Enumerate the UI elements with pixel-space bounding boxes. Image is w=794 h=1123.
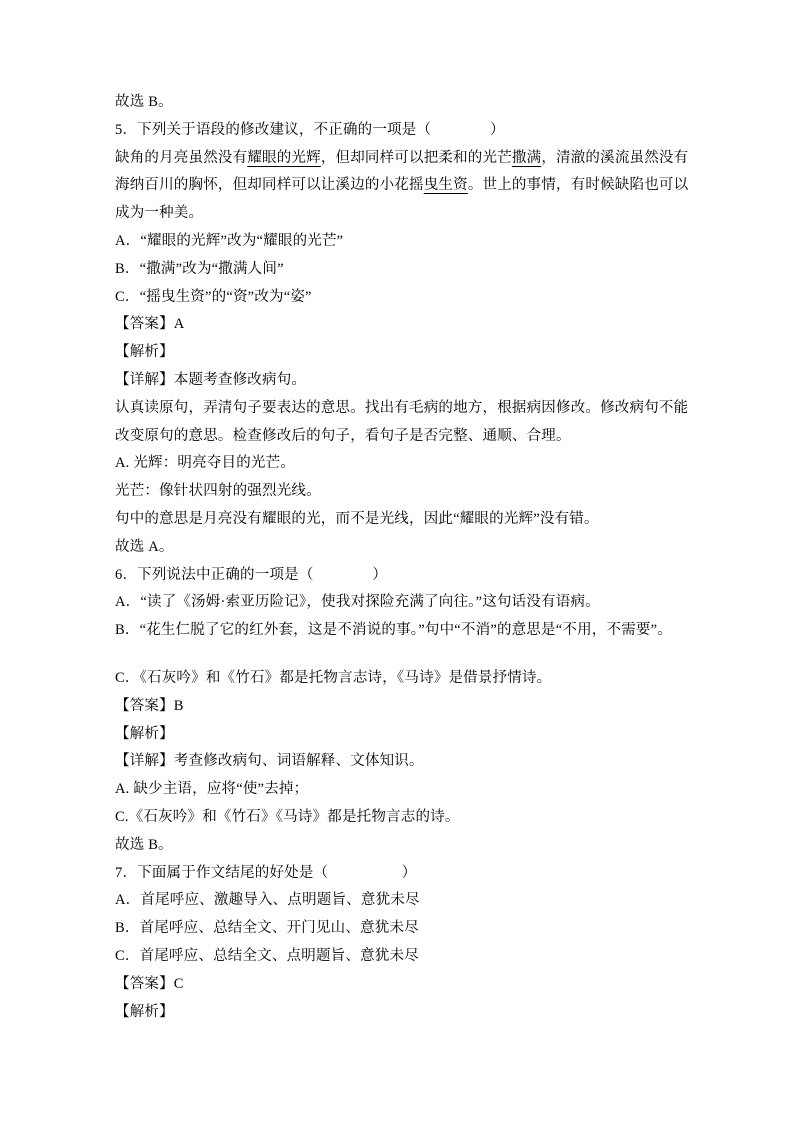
- text-line: A．“读了《汤姆·索亚历险记》，使我对探险充满了向往。”这句话没有语病。: [115, 589, 704, 617]
- text-line: C．《石灰吟》和《竹石》都是托物言志诗，《马诗》是借景抒情诗。: [115, 665, 704, 693]
- text-run: C．首尾呼应、总结全文、点明题旨、意犹未尽: [115, 948, 419, 964]
- text-line: 认真读原句，弄清句子要表达的意思。找出有毛病的地方，根据病因修改。修改病句不能: [115, 395, 704, 423]
- underlined-text: 耀眼的光辉: [247, 150, 321, 166]
- text-line: 7．下面属于作文结尾的好处是（ ）: [115, 860, 704, 888]
- blank-line: [115, 645, 704, 665]
- text-run: A．“读了《汤姆·索亚历险记》，使我对探险充满了向往。”这句话没有语病。: [115, 594, 600, 610]
- text-run: 【详解】本题考查修改病句。: [115, 372, 306, 388]
- text-line: 句中的意思是月亮没有耀眼的光，而不是光线，因此“耀眼的光辉”没有错。: [115, 506, 704, 534]
- text-run: 【解析】: [115, 1004, 174, 1020]
- text-run: ，但却同样可以把柔和的光芒: [321, 150, 512, 166]
- text-line: 5．下列关于语段的修改建议，不正确的一项是（ ）: [115, 117, 704, 145]
- text-run: 【详解】考查修改病句、词语解释、文体知识。: [115, 753, 424, 769]
- text-line: C．“摇曳生资”的“资”改为“姿”: [115, 284, 704, 312]
- text-run: ，清澈的溪流虽然没有: [541, 150, 688, 166]
- text-run: 海纳百川的胸怀，但却同样可以让溪边的小花摇: [115, 177, 424, 193]
- text-line: 缺角的月亮虽然没有耀眼的光辉，但却同样可以把柔和的光芒撒满，清澈的溪流虽然没有: [115, 145, 704, 173]
- text-run: 【解析】: [115, 344, 174, 360]
- text-run: C．《石灰吟》和《竹石》都是托物言志诗，《马诗》是借景抒情诗。: [115, 670, 551, 686]
- text-run: 认真读原句，弄清句子要表达的意思。找出有毛病的地方，根据病因修改。修改病句不能: [115, 400, 688, 416]
- document-page: 故选 B。5．下列关于语段的修改建议，不正确的一项是（ ）缺角的月亮虽然没有耀眼…: [0, 0, 794, 1123]
- text-run: 故选 B。: [115, 837, 173, 853]
- text-run: 【答案】C: [115, 976, 184, 992]
- text-line: A．首尾呼应、激趣导入、点明题旨、意犹未尽: [115, 887, 704, 915]
- text-run: C.《石灰吟》和《竹石》《马诗》都是托物言志的诗。: [115, 809, 460, 825]
- text-line: B．“花生仁脱了它的红外套，这是不消说的事。”句中“不消”的意思是“不用，不需要…: [115, 617, 704, 645]
- text-line: 【详解】本题考查修改病句。: [115, 367, 704, 395]
- text-line: C.《石灰吟》和《竹石》《马诗》都是托物言志的诗。: [115, 804, 704, 832]
- text-line: 光芒：像针状四射的强烈光线。: [115, 478, 704, 506]
- text-run: 6．下列说法中正确的一项是（ ）: [115, 567, 387, 583]
- text-line: 【答案】B: [115, 693, 704, 721]
- text-line: 成为一种美。: [115, 200, 704, 228]
- text-run: 【答案】A: [115, 316, 184, 332]
- text-run: 。世上的事情，有时候缺陷也可以: [468, 177, 689, 193]
- text-run: 成为一种美。: [115, 205, 203, 221]
- text-line: A．“耀眼的光辉”改为“耀眼的光芒”: [115, 228, 704, 256]
- text-line: 故选 B。: [115, 89, 704, 117]
- text-line: 6．下列说法中正确的一项是（ ）: [115, 562, 704, 590]
- text-line: 故选 B。: [115, 832, 704, 860]
- text-line: 【解析】: [115, 721, 704, 749]
- text-run: 光芒：像针状四射的强烈光线。: [115, 483, 321, 499]
- text-line: B．“撒满”改为“撒满人间”: [115, 256, 704, 284]
- text-run: B．“撒满”改为“撒满人间”: [115, 261, 284, 277]
- text-run: 句中的意思是月亮没有耀眼的光，而不是光线，因此“耀眼的光辉”没有错。: [115, 511, 599, 527]
- text-run: A．“耀眼的光辉”改为“耀眼的光芒”: [115, 233, 343, 249]
- text-run: 【解析】: [115, 726, 174, 742]
- text-line: 【解析】: [115, 339, 704, 367]
- underlined-text: 曳生资: [424, 177, 468, 193]
- text-run: 故选 B。: [115, 94, 173, 110]
- text-line: 改变原句的意思。检查修改后的句子，看句子是否完整、通顺、合理。: [115, 423, 704, 451]
- text-run: A. 缺少主语，应将“使”去掉；: [115, 781, 308, 797]
- text-run: B．“花生仁脱了它的红外套，这是不消说的事。”句中“不消”的意思是“不用，不需要…: [115, 622, 672, 638]
- text-run: 5．下列关于语段的修改建议，不正确的一项是（ ）: [115, 122, 505, 138]
- text-run: 7．下面属于作文结尾的好处是（ ）: [115, 865, 416, 881]
- text-run: 改变原句的意思。检查修改后的句子，看句子是否完整、通顺、合理。: [115, 428, 571, 444]
- text-run: B．首尾呼应、总结全文、开门见山、意犹未尽: [115, 920, 419, 936]
- text-line: C．首尾呼应、总结全文、点明题旨、意犹未尽: [115, 943, 704, 971]
- text-line: 【答案】C: [115, 971, 704, 999]
- text-line: A. 缺少主语，应将“使”去掉；: [115, 776, 704, 804]
- text-line: 【答案】A: [115, 311, 704, 339]
- text-line: 【解析】: [115, 999, 704, 1027]
- text-line: 海纳百川的胸怀，但却同样可以让溪边的小花摇曳生资。世上的事情，有时候缺陷也可以: [115, 172, 704, 200]
- text-run: C．“摇曳生资”的“资”改为“姿”: [115, 289, 312, 305]
- text-run: 缺角的月亮虽然没有: [115, 150, 247, 166]
- text-run: A．首尾呼应、激趣导入、点明题旨、意犹未尽: [115, 892, 420, 908]
- underlined-text: 撒满: [512, 150, 541, 166]
- text-run: A. 光辉：明亮夺目的光芒。: [115, 455, 295, 471]
- text-line: A. 光辉：明亮夺目的光芒。: [115, 450, 704, 478]
- text-line: B．首尾呼应、总结全文、开门见山、意犹未尽: [115, 915, 704, 943]
- text-line: 故选 A。: [115, 534, 704, 562]
- text-line: 【详解】考查修改病句、词语解释、文体知识。: [115, 748, 704, 776]
- document-body: 故选 B。5．下列关于语段的修改建议，不正确的一项是（ ）缺角的月亮虽然没有耀眼…: [115, 89, 704, 1026]
- text-run: 故选 A。: [115, 539, 174, 555]
- text-run: 【答案】B: [115, 698, 184, 714]
